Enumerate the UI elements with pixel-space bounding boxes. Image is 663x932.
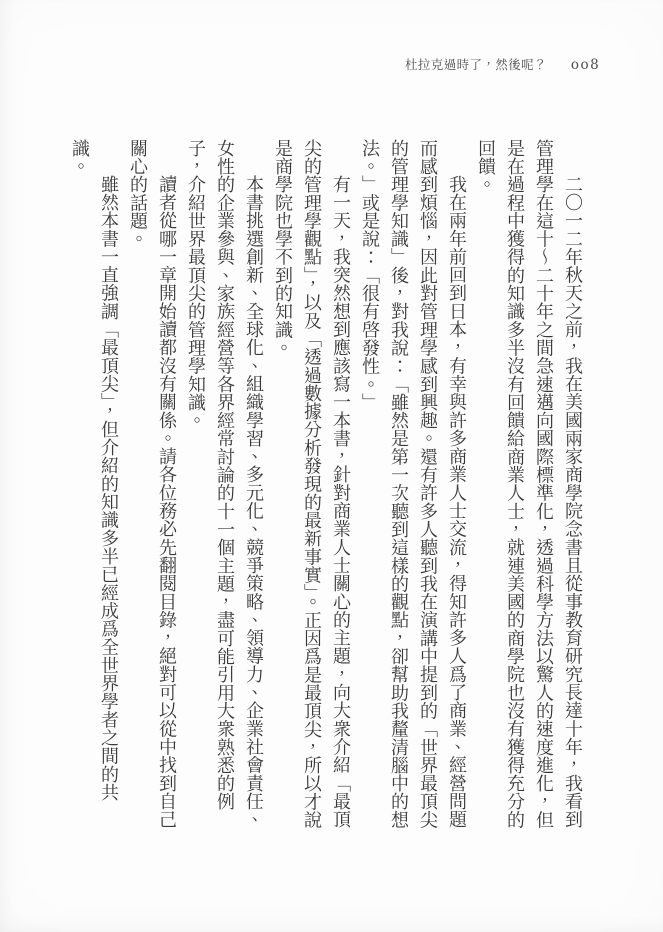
paragraph: 讀者從哪一章開始讀都沒有關係。請各位務必先翻閱目錄，絕對可以從中找到自己關心的話…: [123, 139, 181, 829]
paragraph: 有一天，我突然想到應該寫一本書，針對商業人士關心的主題，向大衆介紹「最頂尖的管理…: [268, 139, 355, 829]
running-head: 杜拉克過時了，然後呢？ oo8: [405, 55, 600, 73]
page-number: oo8: [571, 57, 600, 73]
paragraph: 本書挑選創新、全球化、組織學習、多元化、競爭策略、領導力、企業社會責任、女性的企…: [181, 139, 268, 829]
paragraph: 我在兩年前回到日本，有幸與許多商業人士交流，得知許多人爲了商業、經營問題而感到煩…: [355, 139, 471, 829]
paragraph: 雖然本書一直強調「最頂尖」，但介紹的知識多半已經成爲全世界學者之間的共識。: [65, 139, 123, 829]
book-page: 杜拉克過時了，然後呢？ oo8 二〇一二年秋天之前，我在美國兩家商學院念書且從事…: [0, 0, 663, 932]
paragraph: 二〇一二年秋天之前，我在美國兩家商學院念書且從事教育研究長達十年，我看到管理學在…: [471, 139, 587, 829]
body-text: 二〇一二年秋天之前，我在美國兩家商學院念書且從事教育研究長達十年，我看到管理學在…: [65, 139, 587, 829]
running-title: 杜拉克過時了，然後呢？: [405, 55, 547, 73]
